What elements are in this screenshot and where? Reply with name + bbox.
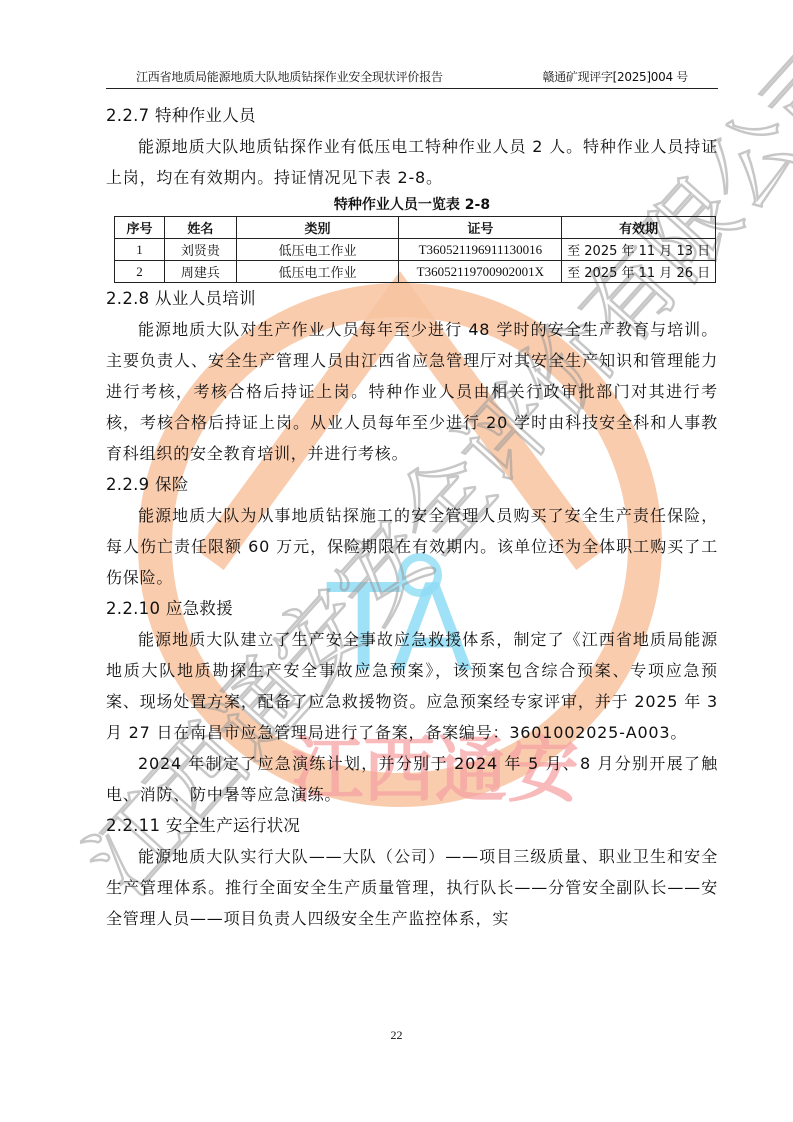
section-paragraph: 能源地质大队建立了生产安全事故应急救援体系，制定了《江西省地质局能源地质大队地质… [106, 624, 718, 748]
section-paragraph: 能源地质大队为从事地质钻探施工的安全管理人员购买了安全生产责任保险，每人伤亡责任… [106, 500, 718, 593]
table-caption: 特种作业人员一览表 2-8 [106, 194, 718, 216]
table-cell: 至 2025 年 11 月 13 日 [562, 239, 716, 261]
report-title: 江西省地质局能源地质大队地质钻探作业安全现状评价报告 [136, 68, 443, 85]
section-heading-2-2-9: 2.2.9 保险 [106, 469, 718, 500]
section-heading-2-2-10: 2.2.10 应急救援 [106, 593, 718, 624]
column-header: 证号 [399, 217, 562, 239]
table-cell: 2 [115, 261, 165, 283]
table-cell: T360521196911130016 [399, 239, 562, 261]
table-header-row: 序号 姓名 类别 证号 有效期 [115, 217, 716, 239]
table-cell: 1 [115, 239, 165, 261]
table-cell: 低压电工作业 [236, 261, 399, 283]
table-cell: 至 2025 年 11 月 26 日 [562, 261, 716, 283]
document-body: 2.2.7 特种作业人员 能源地质大队地质钻探作业有低压电工特种作业人员 2 人… [106, 100, 718, 934]
section-paragraph: 2024 年制定了应急演练计划，并分别于 2024 年 5 月、8 月分别开展了… [106, 748, 718, 810]
document-page: TA 江西通安 江西通安安全评价有限公司 江西省地质局能源地质大队地质钻探作业安… [0, 0, 793, 1122]
column-header: 有效期 [562, 217, 716, 239]
section-paragraph: 能源地质大队实行大队——大队（公司）——项目三级质量、职业卫生和安全生产管理体系… [106, 841, 718, 934]
page-header: 江西省地质局能源地质大队地质钻探作业安全现状评价报告 赣通矿现评字[2025]0… [106, 66, 718, 89]
column-header: 序号 [115, 217, 165, 239]
special-workers-table: 序号 姓名 类别 证号 有效期 1 刘贤贵 低压电工作业 T3605211969… [114, 216, 716, 283]
table-row: 2 周建兵 低压电工作业 T36052119700902001X 至 2025 … [115, 261, 716, 283]
section-paragraph: 能源地质大队地质钻探作业有低压电工特种作业人员 2 人。特种作业人员持证上岗，均… [106, 131, 718, 193]
table-cell: 低压电工作业 [236, 239, 399, 261]
table-cell: 刘贤贵 [164, 239, 236, 261]
column-header: 姓名 [164, 217, 236, 239]
section-heading-2-2-11: 2.2.11 安全生产运行状况 [106, 810, 718, 841]
section-paragraph: 能源地质大队对生产作业人员每年至少进行 48 学时的安全生产教育与培训。主要负责… [106, 314, 718, 469]
table-cell: T36052119700902001X [399, 261, 562, 283]
table-row: 1 刘贤贵 低压电工作业 T360521196911130016 至 2025 … [115, 239, 716, 261]
page-number: 22 [0, 1028, 793, 1043]
section-heading-2-2-7: 2.2.7 特种作业人员 [106, 100, 718, 131]
document-number: 赣通矿现评字[2025]004 号 [542, 68, 688, 85]
section-heading-2-2-8: 2.2.8 从业人员培训 [106, 283, 718, 314]
table-cell: 周建兵 [164, 261, 236, 283]
column-header: 类别 [236, 217, 399, 239]
